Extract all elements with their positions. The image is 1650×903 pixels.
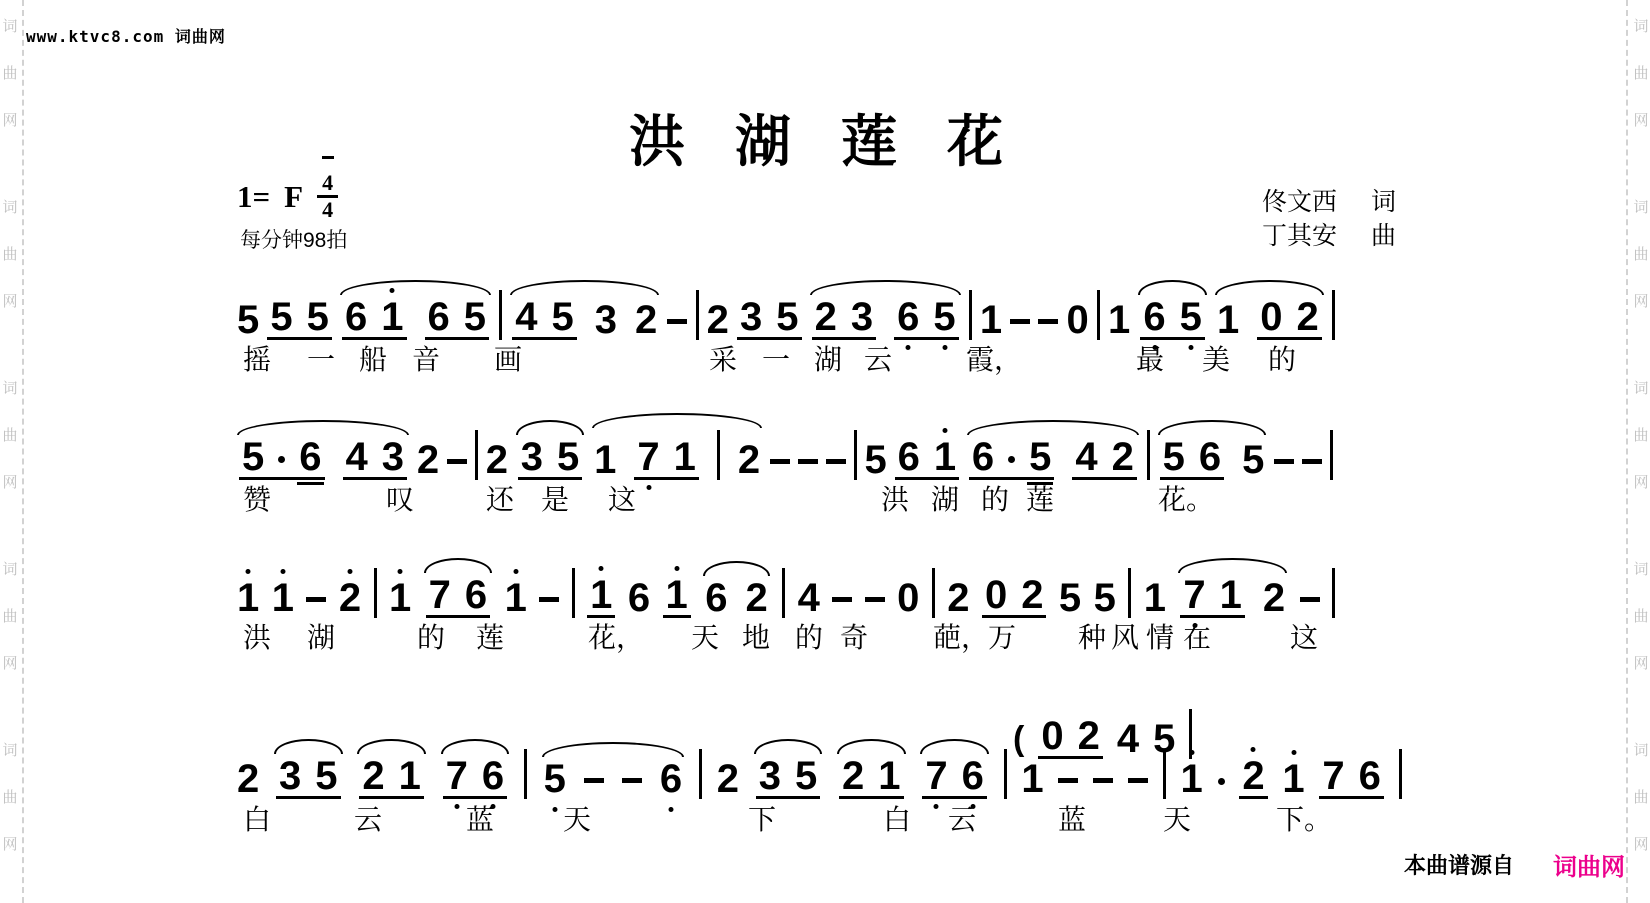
note: 0 <box>1260 297 1282 337</box>
barline <box>969 290 972 340</box>
beam-group: 35 <box>756 756 821 799</box>
note: 1 <box>934 437 956 477</box>
beam-group: 1 <box>587 575 615 618</box>
beam-group: 02 <box>1257 297 1322 340</box>
duration-dash <box>1010 319 1030 324</box>
note: 2 <box>745 578 767 618</box>
note-char: 6 <box>897 297 919 337</box>
note: 1 <box>590 575 612 615</box>
watermark-char: 曲 <box>1633 51 1648 98</box>
note-char: 1 <box>1282 759 1304 799</box>
lyric-char: 葩， <box>933 624 989 654</box>
note: 6 <box>428 297 450 337</box>
note-char: 1 <box>878 756 900 796</box>
note: 7 <box>925 756 947 796</box>
note: 6 <box>465 575 487 615</box>
lyric-char: 风 <box>1111 624 1139 654</box>
watermark-char-group: 词曲网 <box>2 547 17 688</box>
lyric-char: 美 <box>1202 346 1230 376</box>
note-char: 2 <box>842 756 864 796</box>
watermark-char: 曲 <box>1633 232 1648 279</box>
site-watermark: www.ktvc8.com 词曲网 <box>26 24 226 47</box>
note: 0 <box>1041 716 1063 756</box>
duration-dash <box>1093 778 1113 783</box>
note: 1 <box>272 578 294 618</box>
note: 3 <box>279 756 301 796</box>
lyric-char: 湖 <box>814 346 842 376</box>
lyric-char: 蓝 <box>466 806 494 836</box>
slur: 35 <box>274 756 343 799</box>
note: 2 <box>339 578 361 618</box>
note: 7 <box>446 756 468 796</box>
lyricist-line: 佟文西 词 <box>1262 186 1396 220</box>
note-char: 1 <box>399 756 421 796</box>
lyric-char: 画 <box>494 346 522 376</box>
note: 2 <box>717 759 739 799</box>
note: 1 <box>1217 300 1239 340</box>
note-char: 5 <box>270 297 292 337</box>
lyric-char: 莲 <box>1026 486 1054 516</box>
note-char: 4 <box>1075 437 1097 477</box>
beam-group: 71 <box>1180 575 1245 618</box>
note: 5 <box>464 297 486 337</box>
barline <box>1004 749 1007 799</box>
note-char: 2 <box>1297 297 1319 337</box>
note-char: 1 <box>272 578 294 618</box>
note-char: 3 <box>382 437 404 477</box>
note-char: 2 <box>745 578 767 618</box>
note-char: 5 <box>1242 440 1264 480</box>
song-title: 洪 湖 莲 花 <box>0 98 1650 178</box>
lyric-char: 的 <box>1268 346 1296 376</box>
note-char: 5 <box>1153 719 1175 759</box>
note-char: 7 <box>1322 756 1344 796</box>
note-char: 6 <box>1199 437 1221 477</box>
beam-group: 23 <box>812 297 877 340</box>
barline <box>1147 430 1150 480</box>
note-char: 2 <box>237 759 259 799</box>
note-char: 3 <box>759 756 781 796</box>
note: 3 <box>595 300 617 340</box>
footer-brand: 词曲网 <box>1553 847 1625 882</box>
lyric-char: 白 <box>883 806 911 836</box>
note-char: 5 <box>1180 297 1202 337</box>
note: 3 <box>521 437 543 477</box>
note-char: 1 <box>590 575 612 615</box>
note-char: 6 <box>898 437 920 477</box>
note: 1 <box>1108 300 1130 340</box>
lyricist-role: 词 <box>1371 186 1396 220</box>
note: 2 <box>362 756 384 796</box>
slur: 565 <box>1158 437 1267 480</box>
note: 5 <box>776 297 798 337</box>
note-char: 1 <box>1021 759 1043 799</box>
beam-group: 65 <box>969 437 1055 480</box>
note: 6 <box>482 756 504 796</box>
beam-group: 76 <box>426 575 491 618</box>
beam-group: 1 <box>663 575 691 618</box>
note: 5 <box>270 297 292 337</box>
watermark-char: 曲 <box>1633 413 1648 460</box>
barline <box>374 568 377 618</box>
duration-dash <box>667 319 687 324</box>
augmentation-dot <box>1008 456 1015 463</box>
credits: 佟文西 词 丁其安 曲 <box>1262 186 1396 254</box>
note-char: 3 <box>740 297 762 337</box>
note-char: 7 <box>429 575 451 615</box>
slur: 76 <box>920 756 989 799</box>
watermark-char: 词 <box>2 185 17 232</box>
note-char: 3 <box>521 437 543 477</box>
slur: 56 <box>542 759 685 799</box>
barline <box>475 430 478 480</box>
beam-group: 61 <box>895 437 960 480</box>
slur: 21 <box>837 756 906 799</box>
note-char: 0 <box>1067 300 1089 340</box>
note-char: 0 <box>985 575 1007 615</box>
lyric-char: 一 <box>307 346 335 376</box>
duration-dash <box>826 459 846 464</box>
note: 2 <box>815 297 837 337</box>
note: 2 <box>417 440 439 480</box>
note-char: 6 <box>465 575 487 615</box>
beam-group: 35 <box>518 437 583 480</box>
note: 2 <box>237 759 259 799</box>
note: 2 <box>1112 437 1134 477</box>
note-char: 5 <box>242 437 264 477</box>
note: 5 <box>795 756 817 796</box>
note-char: 4 <box>798 578 820 618</box>
note: 3 <box>740 297 762 337</box>
note-char: 1 <box>1220 575 1242 615</box>
note-char: 5 <box>1059 578 1081 618</box>
lyric-char: 是 <box>541 486 569 516</box>
lyric-char: 在 <box>1183 624 1211 654</box>
note-char: 5 <box>315 756 337 796</box>
lyric-char: 天 <box>1163 806 1191 836</box>
lyric-char: 洪 <box>881 486 909 516</box>
beam-group: 56 <box>1160 437 1225 480</box>
note: 4 <box>346 437 368 477</box>
note-char: 4 <box>1117 719 1139 759</box>
note: 5 <box>237 300 259 340</box>
note-char: 2 <box>486 440 508 480</box>
note: 6 <box>299 437 321 477</box>
note: 1 <box>389 578 411 618</box>
barline <box>932 568 935 618</box>
note: 5 <box>1242 440 1264 480</box>
beam-group: 35 <box>737 297 802 340</box>
beam-group: 02 <box>1038 716 1103 759</box>
augmentation-dot <box>1218 778 1225 785</box>
note: 2 <box>1021 575 1043 615</box>
note: 1 <box>674 437 696 477</box>
meter-numerator: 4 <box>317 172 338 198</box>
watermark-char-group: 词曲网 <box>1633 728 1648 869</box>
note-char: 2 <box>1263 578 1285 618</box>
note-char: 1 <box>389 578 411 618</box>
lyric-char: 这 <box>608 486 636 516</box>
note: 7 <box>429 575 451 615</box>
note-char: 5 <box>795 756 817 796</box>
lyric-char: 的 <box>795 624 823 654</box>
watermark-char: 词 <box>1633 4 1648 51</box>
duration-dash <box>1302 459 1322 464</box>
watermark-char: 词 <box>2 728 17 775</box>
note-char: 5 <box>464 297 486 337</box>
duration-dash <box>1038 319 1058 324</box>
lyric-char: 云 <box>864 346 892 376</box>
note: 5 <box>242 437 264 477</box>
slur: 35 <box>516 437 585 480</box>
note: 6 <box>898 437 920 477</box>
beam-group: 65 <box>1140 297 1205 340</box>
note-char: 1 <box>1108 300 1130 340</box>
note-char: 1 <box>381 297 403 337</box>
barline <box>1399 749 1402 799</box>
barline <box>1097 290 1100 340</box>
notation-line-4: 2352176562352176112176 <box>237 737 1402 799</box>
slur: 6165 <box>340 297 491 340</box>
duration-dash <box>447 459 467 464</box>
note-char: 2 <box>717 759 739 799</box>
note-char: 5 <box>933 297 955 337</box>
note-char: 2 <box>738 440 760 480</box>
note-char: 6 <box>628 578 650 618</box>
footer-source-text: 本曲谱源自 <box>1404 849 1514 880</box>
note: 6 <box>705 578 727 618</box>
note: 4 <box>798 578 820 618</box>
note-char: 5 <box>544 759 566 799</box>
barline <box>696 290 699 340</box>
beam-group: 43 <box>343 437 408 480</box>
note: 2 <box>1078 716 1100 756</box>
meter-tick <box>322 156 334 159</box>
lyrics-line-4: 白云蓝天下白云蓝天下。 <box>0 806 1650 840</box>
note: 1 <box>1181 759 1203 799</box>
duration-dash <box>584 778 604 783</box>
lyrics-line-2: 赞叹还是这洪湖的莲花。 <box>0 486 1650 520</box>
lyric-char: 采 <box>709 346 737 376</box>
beam-group: 21 <box>839 756 904 799</box>
note: 7 <box>1183 575 1205 615</box>
note-char: 6 <box>1143 297 1165 337</box>
note: 7 <box>637 437 659 477</box>
note-char: 2 <box>1242 756 1264 796</box>
note-char: 1 <box>505 578 527 618</box>
note-char: 5 <box>557 437 579 477</box>
watermark-char-group: 词曲网 <box>2 185 17 326</box>
note-char: 0 <box>1260 297 1282 337</box>
note-char: 6 <box>428 297 450 337</box>
watermark-char-group: 词曲网 <box>2 728 17 869</box>
note-char: 5 <box>307 297 329 337</box>
notation-line-2: 5643223517125616542565 <box>237 418 1333 480</box>
note-char: 2 <box>417 440 439 480</box>
note: 5 <box>1153 719 1175 759</box>
slur: 4532 <box>510 297 659 340</box>
beam-group: 42 <box>1072 437 1137 480</box>
beam-group: 21 <box>359 756 424 799</box>
lyric-char: 音 <box>412 346 440 376</box>
lyric-char: 湖 <box>931 486 959 516</box>
beam-group: 56 <box>239 437 325 480</box>
note-char: 2 <box>635 300 657 340</box>
lyric-char: 这 <box>1290 624 1318 654</box>
note: 4 <box>1117 719 1139 759</box>
lyric-char: 一 <box>762 346 790 376</box>
note-char: 1 <box>980 300 1002 340</box>
lyrics-line-3: 洪湖的莲花，天地的奇葩，万种风情在这 <box>0 624 1650 658</box>
beam-group: 55 <box>267 297 332 340</box>
note: 4 <box>1075 437 1097 477</box>
lyric-char: 的 <box>417 624 445 654</box>
slur: 21 <box>357 756 426 799</box>
slur: 35 <box>754 756 823 799</box>
barline <box>699 749 702 799</box>
barline <box>499 290 502 340</box>
slur: 76 <box>441 756 510 799</box>
composer-line: 丁其安 曲 <box>1262 220 1396 254</box>
key-prefix: 1= <box>237 179 270 215</box>
note-char: 6 <box>972 437 994 477</box>
lyric-char: 奇 <box>840 624 868 654</box>
lyric-char: 霞， <box>966 346 1022 376</box>
note-char: 0 <box>1041 716 1063 756</box>
slur: 76 <box>424 575 493 618</box>
note: 6 <box>1359 756 1381 796</box>
note-char: 6 <box>1359 756 1381 796</box>
note: 5 <box>315 756 337 796</box>
note: 1 <box>1220 575 1242 615</box>
note: 1 <box>505 578 527 618</box>
beam-group: 65 <box>894 297 959 340</box>
beam-group: 76 <box>922 756 987 799</box>
lyric-char: 莲 <box>476 624 504 654</box>
beam-group: 71 <box>634 437 699 480</box>
sixteenth-beam <box>297 482 323 485</box>
lyric-char: 万 <box>988 624 1016 654</box>
note: 6 <box>972 437 994 477</box>
note-char: 7 <box>446 756 468 796</box>
composer-role: 曲 <box>1371 220 1396 254</box>
lyric-char: 的 <box>981 486 1009 516</box>
note: 4 <box>515 297 537 337</box>
note-char: 2 <box>707 300 729 340</box>
watermark-char: 曲 <box>2 51 17 98</box>
lyric-char: 摇 <box>243 346 271 376</box>
watermark-char: 词 <box>1633 547 1648 594</box>
lyric-char: 下 <box>748 806 776 836</box>
note-char: 5 <box>864 440 886 480</box>
barline <box>572 568 575 618</box>
slur: 1712 <box>592 430 762 480</box>
watermark-char: 曲 <box>2 232 17 279</box>
watermark-char: 网 <box>1633 279 1648 326</box>
note: 5 <box>1094 578 1116 618</box>
note: 1 <box>1021 759 1043 799</box>
note: 0 <box>1067 300 1089 340</box>
lyric-char: 最 <box>1136 346 1164 376</box>
note-char: 4 <box>515 297 537 337</box>
lyric-char: 地 <box>742 624 770 654</box>
slur: 65 <box>1138 297 1207 340</box>
watermark-char: 曲 <box>2 413 17 460</box>
beam-group: 02 <box>982 575 1047 618</box>
note-char: 6 <box>705 578 727 618</box>
lyricist-name: 佟文西 <box>1262 186 1337 220</box>
lyric-char: 花。 <box>1158 486 1214 516</box>
watermark-char: 词 <box>1633 185 1648 232</box>
note-char: 2 <box>1078 716 1100 756</box>
barline <box>1189 709 1192 759</box>
note: 6 <box>962 756 984 796</box>
note: 6 <box>897 297 919 337</box>
augmentation-dot <box>278 456 285 463</box>
note-char: 1 <box>1217 300 1239 340</box>
barline <box>854 430 857 480</box>
duration-dash <box>1274 459 1294 464</box>
note: 2 <box>707 300 729 340</box>
note-char: 1 <box>237 578 259 618</box>
beam-group: 65 <box>425 297 490 340</box>
lyric-char: 天 <box>691 624 719 654</box>
note: 2 <box>842 756 864 796</box>
barline <box>524 749 527 799</box>
note: 2 <box>947 578 969 618</box>
note-char: 6 <box>962 756 984 796</box>
duration-dash <box>1300 597 1320 602</box>
note: 1 <box>594 440 616 480</box>
note: 2 <box>1297 297 1319 337</box>
note: 5 <box>1029 437 1051 477</box>
barline <box>1332 290 1335 340</box>
note-char: 4 <box>346 437 368 477</box>
note-char: 2 <box>1021 575 1043 615</box>
note: 6 <box>660 759 682 799</box>
slur: 712 <box>1178 575 1287 618</box>
note: 5 <box>1163 437 1185 477</box>
sheet-music-page: 词曲网词曲网词曲网词曲网词曲网 词曲网词曲网词曲网词曲网词曲网 www.ktvc… <box>0 0 1650 903</box>
barline <box>717 430 720 480</box>
duration-dash <box>306 597 326 602</box>
slur: 62 <box>703 578 770 618</box>
duration-dash <box>539 597 559 602</box>
note-char: 3 <box>851 297 873 337</box>
note-char: 5 <box>552 297 574 337</box>
note-char: 1 <box>934 437 956 477</box>
beam-group: 2 <box>1239 756 1267 799</box>
open-parenthesis: ( <box>1013 719 1024 759</box>
note-char: 5 <box>237 300 259 340</box>
note-char: 3 <box>279 756 301 796</box>
pickup-measure: (0245 <box>1013 697 1192 759</box>
note-char: 7 <box>925 756 947 796</box>
watermark-char-group: 词曲网 <box>1633 185 1648 326</box>
notation-line-3: 11217611616240202551712 <box>237 556 1335 618</box>
note-char: 2 <box>815 297 837 337</box>
lyric-char: 天 <box>563 806 591 836</box>
note: 1 <box>666 575 688 615</box>
note-char: 5 <box>1163 437 1185 477</box>
note: 6 <box>1199 437 1221 477</box>
note-char: 6 <box>660 759 682 799</box>
note: 5 <box>544 759 566 799</box>
note: 5 <box>933 297 955 337</box>
beam-group: 61 <box>342 297 407 340</box>
note-char: 5 <box>1029 437 1051 477</box>
note: 1 <box>381 297 403 337</box>
